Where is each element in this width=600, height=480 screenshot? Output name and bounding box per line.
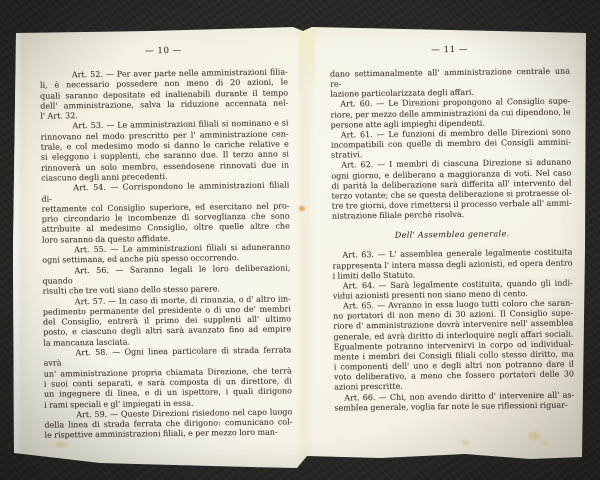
page-left-text: Art. 52. — Per aver parte nelle amminist… [40,67,293,441]
foxing-stain [462,440,470,445]
page-left: — 10 — Art. 52. — Per aver parte nelle a… [39,44,292,441]
scan-background: — 10 — Art. 52. — Per aver parte nelle a… [0,0,600,480]
foxing-stain [299,206,305,211]
page-edge-highlight [13,32,22,456]
page-right: — 11 — dano settimanalmente all' amminis… [330,43,575,413]
section-heading: Dell' Assemblea generale. [332,228,572,241]
foxing-stain [542,101,546,104]
book-spread: — 10 — Art. 52. — Per aver parte nelle a… [8,24,590,470]
text-line: semblea generale, voglia far note le sue… [334,400,574,413]
page-number-left: — 10 — [39,44,287,57]
page-right-text: dano settimanalmente all' amministrazion… [330,66,574,413]
text-line: le rispettive amministrazioni filiali, e… [44,428,292,442]
foxing-stain [528,432,541,440]
page-number-right: — 11 — [330,43,570,56]
foxing-stain [542,441,548,445]
center-fold-crease [299,26,315,96]
text-line: nistrazione filiale perchè risolva. [332,209,572,222]
foxing-stain [55,442,66,448]
